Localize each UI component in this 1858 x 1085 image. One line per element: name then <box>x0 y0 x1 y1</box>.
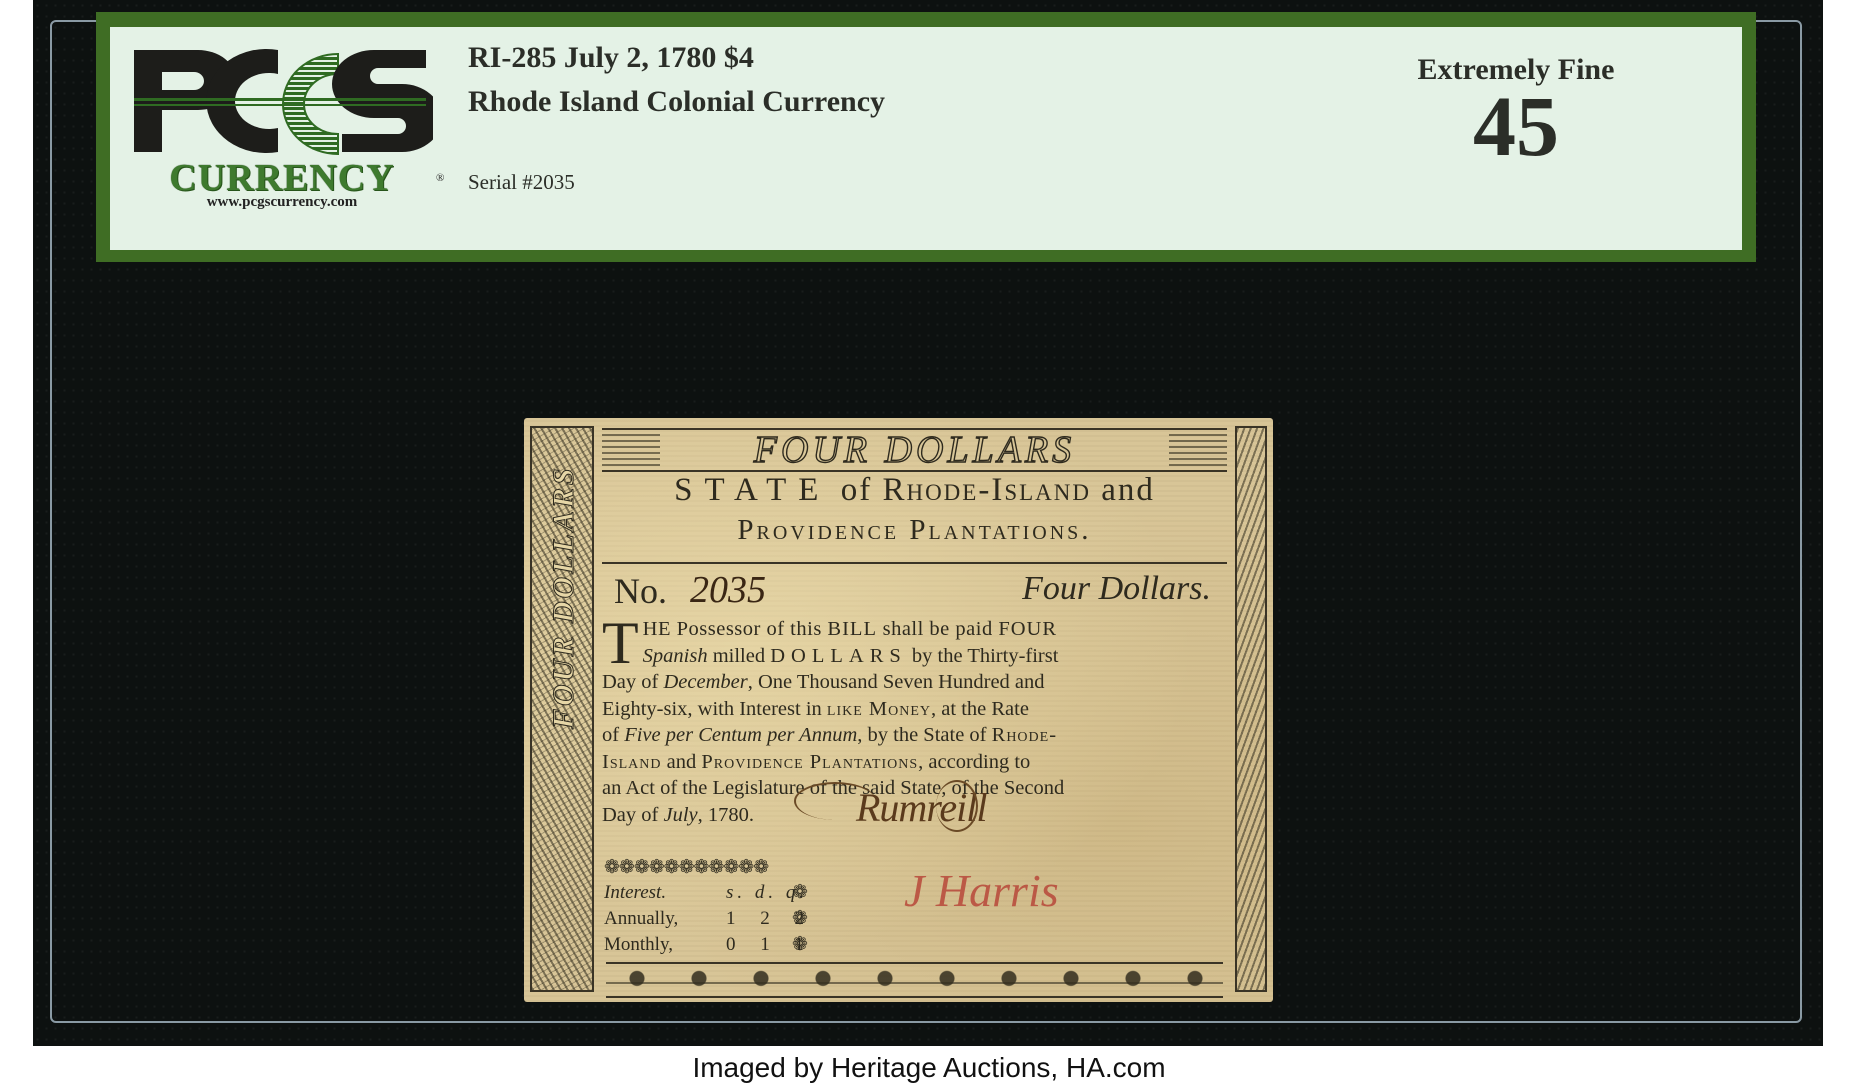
grading-label: ® CURRENCY www.pcgscurrency.com RI-285 J… <box>96 12 1756 262</box>
hatch-ornament <box>1169 434 1227 466</box>
pcgs-logo-icon <box>128 32 433 157</box>
note-catalog-title: RI-285 July 2, 1780 $4 <box>468 41 754 75</box>
note-bottom-ornament-border <box>606 962 1223 998</box>
number-row: No. 2035 Four Dollars. <box>604 568 1223 612</box>
image-credit: Imaged by Heritage Auctions, HA.com <box>0 1052 1858 1084</box>
serial-number: Serial #2035 <box>468 170 575 195</box>
registered-mark: ® <box>436 172 444 184</box>
note-right-border <box>1235 426 1267 992</box>
rosette-icon: ❁ <box>792 932 814 958</box>
note-series-title: Rhode Island Colonial Currency <box>468 85 885 119</box>
divider-rule <box>602 562 1227 564</box>
number-label: No. <box>614 570 667 612</box>
state-word: STATE <box>674 472 830 508</box>
state-line: STATE of Rhode-Island and <box>602 472 1227 509</box>
interest-row-annually: Annually, 1 2 2 ❁ <box>604 906 814 932</box>
note-top-title: FOUR DOLLARS <box>602 430 1227 470</box>
note-left-border: FOUR DOLLARS <box>530 426 594 992</box>
rosette-ornament-row: ❁❁❁❁❁❁❁❁❁❁❁ <box>604 856 768 879</box>
side-band-text: FOUR DOLLARS <box>547 689 581 729</box>
state-name: Rhode-Island <box>882 472 1091 508</box>
signature-harris: J Harris <box>904 864 1059 917</box>
handwritten-serial: 2035 <box>690 568 766 612</box>
grading-label-panel: ® CURRENCY www.pcgscurrency.com RI-285 J… <box>110 27 1742 250</box>
banknote: FOUR DOLLARS FOUR DOLLARS STATE of Rhode… <box>524 418 1273 1002</box>
rosette-icon: ❁ <box>792 906 814 932</box>
logo-url: www.pcgscurrency.com <box>132 194 432 211</box>
drop-cap: T <box>602 618 639 668</box>
denomination: Four Dollars. <box>1022 570 1211 608</box>
interest-row-monthly: Monthly, 0 1 1 ❁ <box>604 932 814 958</box>
note-top-band: FOUR DOLLARS <box>602 428 1227 472</box>
province-line: Providence Plantations. <box>602 514 1227 547</box>
signature-flourish <box>936 780 978 832</box>
interest-table: Interest. s. d. q. ❁ Annually, 1 2 2 ❁ M… <box>604 880 814 958</box>
interest-header: Interest. s. d. q. ❁ <box>604 880 814 906</box>
grade-number: 45 <box>1366 83 1666 169</box>
pcgs-currency-logo: ® CURRENCY www.pcgscurrency.com <box>128 32 433 190</box>
rosette-icon: ❁ <box>792 880 814 906</box>
